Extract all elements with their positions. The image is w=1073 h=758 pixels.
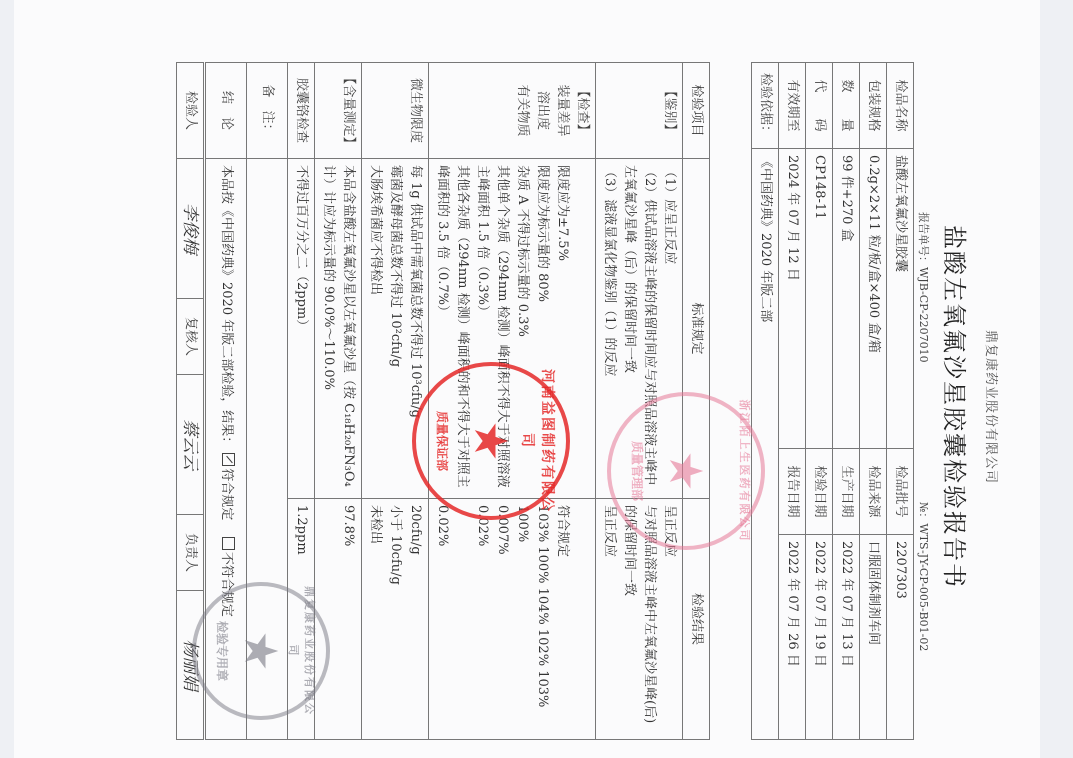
test-date-label: 检验日期 bbox=[806, 449, 833, 535]
checkbox-compliant bbox=[222, 453, 235, 466]
remarks-label: 备 注： bbox=[247, 63, 288, 159]
red-company-seal: 河南益图制药有限公司 ★ 质量保证部 bbox=[412, 362, 570, 520]
related-res-total: 0.02% bbox=[432, 505, 452, 733]
product-name-label: 检品名称 bbox=[887, 63, 914, 149]
package-label: 包装规格 bbox=[860, 63, 887, 149]
code-label: 代 码 bbox=[806, 63, 833, 149]
microbial-label: 微生物限度 bbox=[362, 63, 429, 159]
company-name: 鼎复康药业股份有限公司 bbox=[983, 62, 1002, 752]
product-name: 盐酸左氧氟沙星胶囊 bbox=[887, 149, 914, 449]
grey-inspection-seal: 鼎复康药业股份有限公司 ★ 检验专用章 bbox=[192, 582, 330, 720]
inspector-label: 检验人 bbox=[177, 63, 204, 159]
report-title: 盐酸左氧氟沙星胶囊检验报告书 bbox=[939, 62, 974, 752]
batch-no-label: 检品批号 bbox=[887, 449, 914, 535]
batch-no: 2207303 bbox=[887, 535, 914, 740]
microbial-res-2: 小于 10cfu/g bbox=[385, 505, 405, 733]
microbial-res-3: 未检出 bbox=[365, 505, 385, 733]
package: 0.2g×2×11 粒/板/盒×400 盒/箱 bbox=[860, 149, 887, 449]
weight-res: 符合规定 bbox=[552, 505, 572, 733]
table-row: 微生物限度 每 1g 供试品中需氧菌总数不得过 10³cfu/g 霉菌及酵母菌总… bbox=[362, 63, 429, 740]
option-compliant: 符合规定 bbox=[219, 468, 234, 520]
report-table: 检品名称 盐酸左氧氟沙星胶囊 检品批号 2207303 包装规格 0.2g×2×… bbox=[751, 62, 914, 740]
related-label: 有关物质 bbox=[512, 69, 532, 152]
expiry: 2024 年 07 月 12 日 bbox=[779, 149, 806, 449]
conclusion-text: 本品按《中国药典》2020 年版二部检验，结果： bbox=[219, 165, 234, 449]
source-label: 检品来源 bbox=[860, 449, 887, 535]
assay-std: 本品含盐酸左氧氟沙星以左氧氟沙星（按 C₁₈H₂₀FN₃O₄ 计）计应为标示量的… bbox=[315, 159, 362, 499]
report-number: 报告单号：WJB-CP-2207010 bbox=[916, 212, 932, 363]
related-res-a: 0.007% bbox=[492, 505, 512, 733]
reviewer-label: 复核人 bbox=[177, 299, 204, 375]
dissolution-label: 溶出度 bbox=[532, 69, 552, 152]
scan-edge bbox=[1040, 0, 1073, 758]
capsule-label: 胶囊铬检查 bbox=[288, 63, 315, 159]
ident-res-3: 呈正反应 bbox=[599, 505, 619, 733]
form-number: №：WTS-JY-CP-005-B01-02 bbox=[916, 502, 932, 651]
production-date: 2022 年 07 月 13 日 bbox=[833, 535, 860, 740]
scan-edge bbox=[0, 0, 14, 758]
capsule-std: 不得过百万分之二（2ppm） bbox=[288, 159, 315, 499]
quantity: 99 件+270 盒 bbox=[833, 149, 860, 449]
conclusion-label: 结 论 bbox=[206, 63, 247, 159]
responsible-label: 负责人 bbox=[177, 515, 204, 591]
pink-company-seal: 浙江陌上生医药有限公司 ★ 质量管理部 bbox=[607, 392, 765, 550]
assay-label: 【含量测定】 bbox=[315, 63, 362, 159]
star-icon: ★ bbox=[468, 420, 514, 461]
microbial-std-2: 霉菌及酵母菌总数不得过 10²cfu/g bbox=[385, 165, 405, 492]
weight-label: 装量差异 bbox=[552, 69, 572, 152]
dissolution-res: 103% 100% 104% 102% 103% 100% bbox=[512, 505, 552, 733]
source: 口服固体制剂车间 bbox=[860, 535, 887, 740]
col-item: 检验项目 bbox=[683, 63, 710, 159]
report-date-label: 报告日期 bbox=[779, 449, 806, 535]
report-date: 2022 年 07 月 26 日 bbox=[779, 535, 806, 740]
inspection-report: 鼎复康药业股份有限公司 盐酸左氧氟沙星胶囊检验报告书 报告单号：WJB-CP-2… bbox=[160, 62, 1010, 752]
production-date-label: 生产日期 bbox=[833, 449, 860, 535]
microbial-res-1: 20cfu/g bbox=[405, 505, 425, 733]
code: CP148-11 bbox=[806, 149, 833, 449]
checkbox-noncompliant bbox=[222, 537, 235, 550]
inspector-signature: 李俊梅 bbox=[177, 159, 204, 299]
identification-label: 【鉴别】 bbox=[596, 63, 683, 159]
quantity-label: 数 量 bbox=[833, 63, 860, 149]
microbial-std-3: 大肠埃希菌应不得检出 bbox=[365, 165, 385, 492]
basis-label: 检验依据： bbox=[752, 63, 779, 149]
star-icon: ★ bbox=[238, 630, 284, 671]
star-icon: ★ bbox=[663, 450, 709, 491]
related-res-single: 0.02% bbox=[472, 505, 492, 733]
expiry-label: 有效期至 bbox=[779, 63, 806, 149]
reviewer-signature: 蔡云云 bbox=[177, 375, 204, 515]
inspection-label: 【检查】 bbox=[572, 69, 592, 152]
test-date: 2022 年 07 月 19 日 bbox=[806, 535, 833, 740]
